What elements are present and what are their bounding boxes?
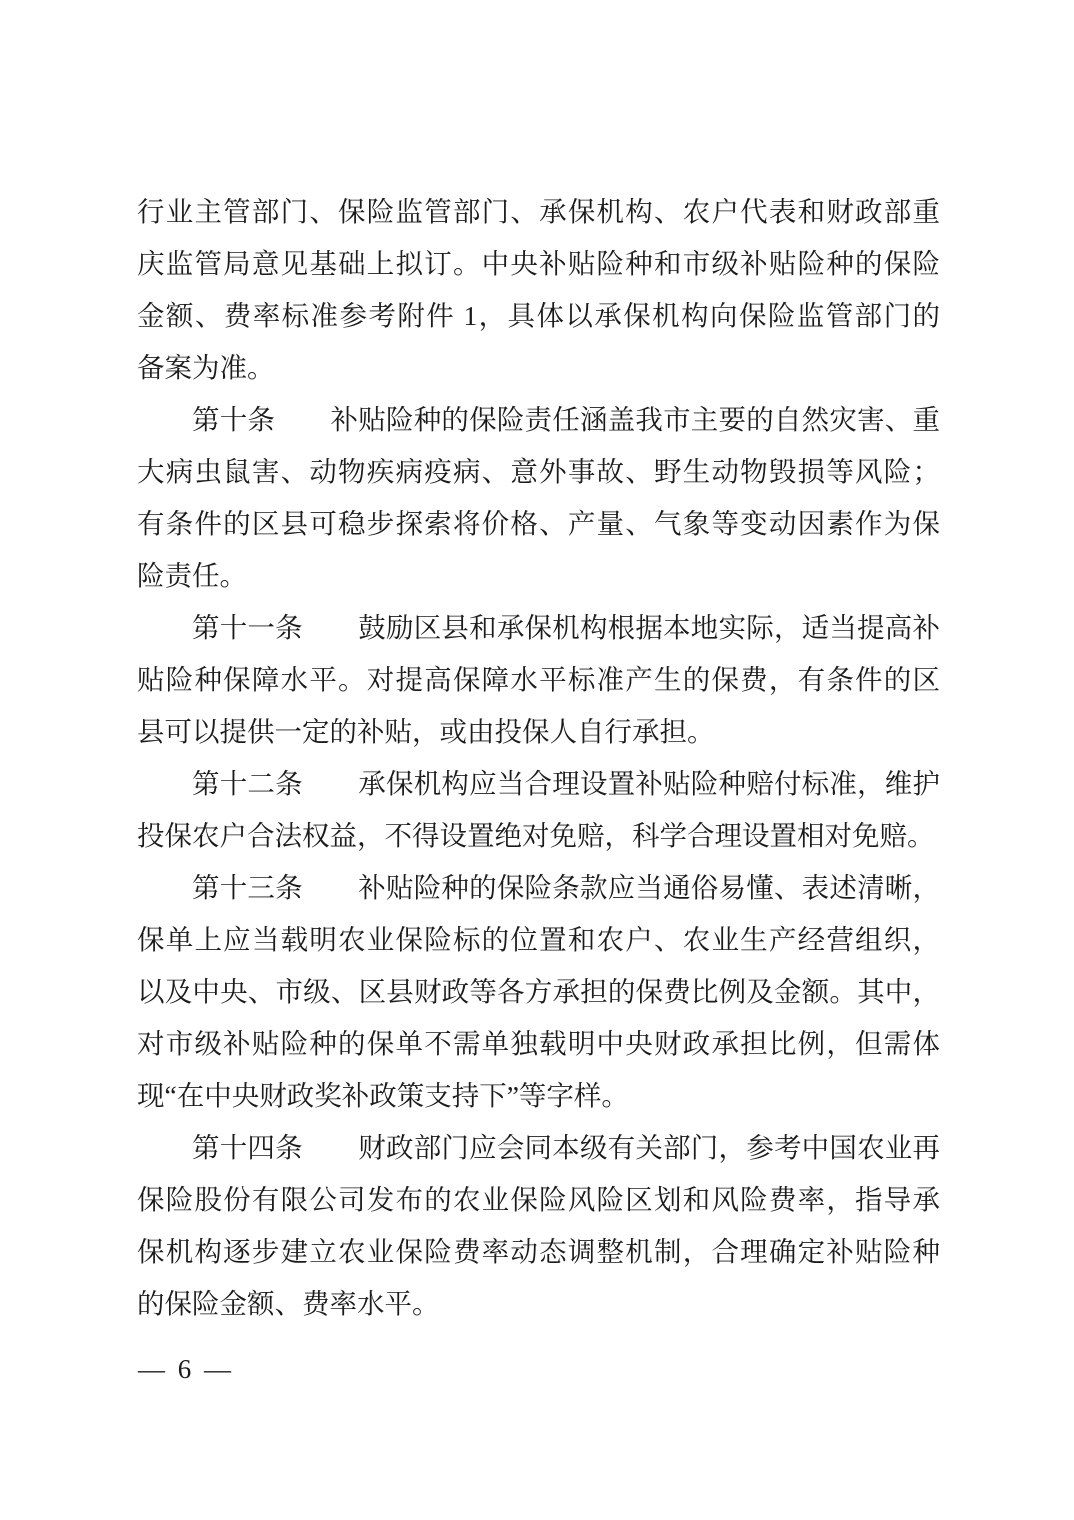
document-line: 保险股份有限公司发布的农业保险风险区划和风险费率，指导承: [137, 1174, 940, 1226]
paragraph-article-12: 第十二条 承保机构应当合理设置补贴险种赔付标准，维护投保农户合法权益，不得设置绝…: [137, 758, 940, 862]
document-line: 第十一条 鼓励区县和承保机构根据本地实际，适当提高补: [137, 602, 940, 654]
document-line: 县可以提供一定的补贴，或由投保人自行承担。: [137, 706, 940, 758]
document-line: 险责任。: [137, 550, 940, 602]
document-line: 贴险种保障水平。对提高保障水平标准产生的保费，有条件的区: [137, 654, 940, 706]
document-line: 金额、费率标准参考附件 1，具体以承保机构向保险监管部门的: [137, 290, 940, 342]
document-line: 行业主管部门、保险监管部门、承保机构、农户代表和财政部重: [137, 186, 940, 238]
document-line: 有条件的区县可稳步探索将价格、产量、气象等变动因素作为保: [137, 498, 940, 550]
document-line: 庆监管局意见基础上拟订。中央补贴险种和市级补贴险种的保险: [137, 238, 940, 290]
document-line: 第十四条 财政部门应会同本级有关部门，参考中国农业再: [137, 1122, 940, 1174]
document-line: 现“在中央财政奖补政策支持下”等字样。: [137, 1070, 940, 1122]
paragraph-article-10: 第十条 补贴险种的保险责任涵盖我市主要的自然灾害、重大病虫鼠害、动物疾病疫病、意…: [137, 394, 940, 602]
document-line: 的保险金额、费率水平。: [137, 1278, 940, 1330]
paragraph-intro-continuation: 行业主管部门、保险监管部门、承保机构、农户代表和财政部重庆监管局意见基础上拟订。…: [137, 186, 940, 394]
paragraph-article-14: 第十四条 财政部门应会同本级有关部门，参考中国农业再保险股份有限公司发布的农业保…: [137, 1122, 940, 1330]
document-line: 大病虫鼠害、动物疾病疫病、意外事故、野生动物毁损等风险；: [137, 446, 940, 498]
document-line: 第十条 补贴险种的保险责任涵盖我市主要的自然灾害、重: [137, 394, 940, 446]
document-line: 保单上应当载明农业保险标的位置和农户、农业生产经营组织，: [137, 914, 940, 966]
document-line: 第十二条 承保机构应当合理设置补贴险种赔付标准，维护: [137, 758, 940, 810]
document-line: 对市级补贴险种的保单不需单独载明中央财政承担比例，但需体: [137, 1018, 940, 1070]
paragraph-article-13: 第十三条 补贴险种的保险条款应当通俗易懂、表述清晰，保单上应当载明农业保险标的位…: [137, 862, 940, 1122]
document-body: 行业主管部门、保险监管部门、承保机构、农户代表和财政部重庆监管局意见基础上拟订。…: [137, 186, 940, 1330]
page-number-footer: — 6 —: [138, 1343, 234, 1395]
document-line: 以及中央、市级、区县财政等各方承担的保费比例及金额。其中，: [137, 966, 940, 1018]
document-line: 投保农户合法权益，不得设置绝对免赔，科学合理设置相对免赔。: [137, 810, 940, 862]
paragraph-article-11: 第十一条 鼓励区县和承保机构根据本地实际，适当提高补贴险种保障水平。对提高保障水…: [137, 602, 940, 758]
document-page: 行业主管部门、保险监管部门、承保机构、农户代表和财政部重庆监管局意见基础上拟订。…: [0, 0, 1074, 1520]
document-line: 第十三条 补贴险种的保险条款应当通俗易懂、表述清晰，: [137, 862, 940, 914]
document-line: 备案为准。: [137, 342, 940, 394]
document-line: 保机构逐步建立农业保险费率动态调整机制，合理确定补贴险种: [137, 1226, 940, 1278]
